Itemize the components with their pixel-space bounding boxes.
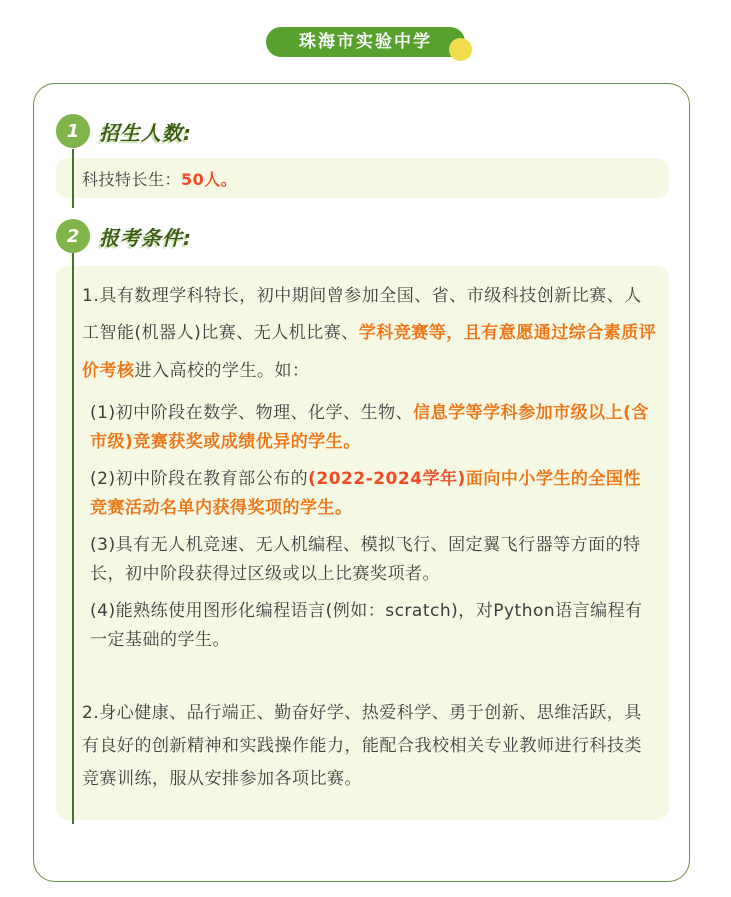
text-segment: 2.身心健康、品行端正、勤奋好学、热爱科学、勇于创新、思维活跃，具有良好的创新精… <box>82 703 642 789</box>
text-segment: (1)初中阶段在数学、物理、化学、生物、 <box>90 403 413 423</box>
section-requirements-header: 2 报考条件: <box>56 219 669 253</box>
paragraph-item: (2)初中阶段在教育部公布的(2022-2024学年)面向中小学生的全国性竞赛活… <box>90 465 657 522</box>
paragraph-item: (1)初中阶段在数学、物理、化学、生物、信息学等学科参加市级以上(含市级)竞赛获… <box>90 399 657 456</box>
connector-line <box>72 149 74 208</box>
paragraph-closing: 2.身心健康、品行端正、勤奋好学、热爱科学、勇于创新、思维活跃，具有良好的创新精… <box>82 697 657 796</box>
school-badge: 珠海市实验中学 <box>266 27 465 57</box>
text-segment: 进入高校的学生。如： <box>135 361 310 381</box>
section-number-badge: 1 <box>56 114 90 148</box>
connector-line <box>72 253 74 824</box>
text-segment: (2022-2024学年) <box>308 469 466 489</box>
section-enrollment-header: 1 招生人数: <box>56 114 669 148</box>
text-segment: (3)具有无人机竞速、无人机编程、模拟飞行、固定翼飞行器等方面的特长，初中阶段获… <box>90 535 641 584</box>
text-segment: (4)能熟练使用图形化编程语言(例如：scratch)，对Python语言编程有… <box>90 601 643 650</box>
section-title: 报考条件: <box>99 222 192 251</box>
section-enrollment: 1 招生人数: 科技特长生： 50人。 <box>56 114 669 198</box>
section-number-badge: 2 <box>56 219 90 253</box>
paragraph-lead: 1.具有数理学科特长，初中期间曾参加全国、省、市级科技创新比赛、人工智能(机器人… <box>82 278 657 390</box>
section-requirements: 2 报考条件: 1.具有数理学科特长，初中期间曾参加全国、省、市级科技创新比赛、… <box>56 219 669 820</box>
requirements-box: 1.具有数理学科特长，初中期间曾参加全国、省、市级科技创新比赛、人工智能(机器人… <box>56 266 669 820</box>
text-segment: 50人。 <box>181 167 237 190</box>
paragraph-item: (3)具有无人机竞速、无人机编程、模拟飞行、固定翼飞行器等方面的特长，初中阶段获… <box>90 531 657 588</box>
enrollment-highlight-box: 科技特长生： 50人。 <box>56 158 669 198</box>
school-name: 珠海市实验中学 <box>299 32 432 52</box>
paragraph-item: (4)能熟练使用图形化编程语言(例如：scratch)，对Python语言编程有… <box>90 597 657 654</box>
header-badge-row: 珠海市实验中学 <box>0 0 731 57</box>
yellow-dot-decoration <box>449 38 472 61</box>
content-card: 1 招生人数: 科技特长生： 50人。 2 报考条件: 1.具有数理学科特长，初… <box>33 83 690 882</box>
section-title: 招生人数: <box>99 117 192 146</box>
text-segment: (2)初中阶段在教育部公布的 <box>90 469 308 489</box>
text-segment: 科技特长生： <box>82 167 181 190</box>
